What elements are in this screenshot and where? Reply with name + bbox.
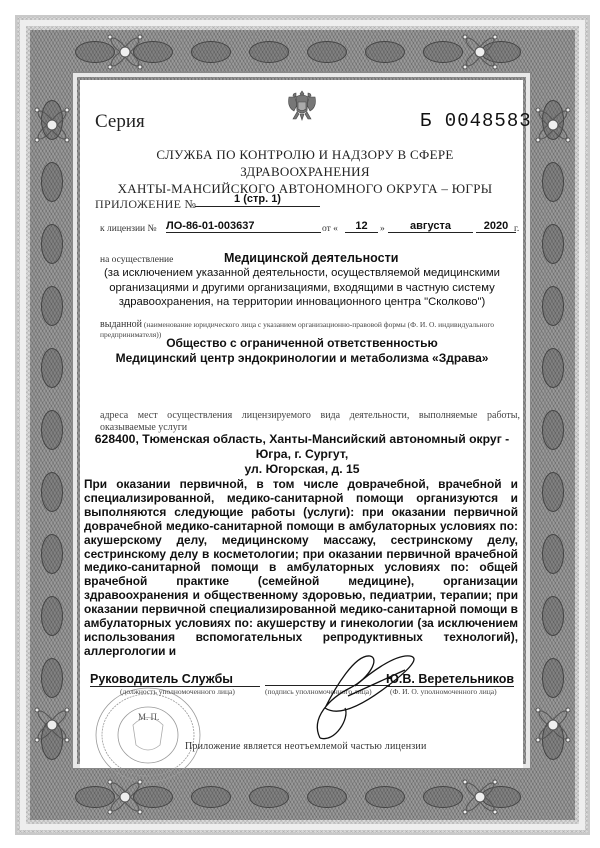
border-diamond-ornament bbox=[542, 596, 564, 636]
series-number: Б 0048583 bbox=[420, 110, 532, 132]
position-caption: (должность уполномоченного лица) bbox=[120, 687, 235, 696]
date-from-label: от « bbox=[322, 224, 338, 234]
border-diamond-ornament bbox=[542, 410, 564, 450]
border-rosette-ornament bbox=[29, 102, 75, 148]
border-diamond-ornament bbox=[542, 472, 564, 512]
stamp-label: М. П. bbox=[138, 712, 159, 722]
authority-line-1: СЛУЖБА ПО КОНТРОЛЮ И НАДЗОРУ В СФЕРЕ ЗДР… bbox=[90, 146, 520, 180]
services-text: При оказании первичной, в том числе довр… bbox=[84, 478, 518, 659]
border-diamond-ornament bbox=[542, 162, 564, 202]
address-line-1: 628400, Тюменская область, Ханты-Мансийс… bbox=[82, 432, 522, 462]
border-diamond-ornament bbox=[41, 534, 63, 574]
border-rosette-ornament bbox=[457, 774, 503, 820]
annex-number: 1 (стр. 1) bbox=[195, 193, 320, 207]
border-diamond-ornament bbox=[41, 348, 63, 388]
signatory-position: Руководитель Службы bbox=[90, 672, 260, 687]
border-diamond-ornament bbox=[41, 472, 63, 512]
year-suffix: г. bbox=[514, 224, 519, 234]
border-rosette-ornament bbox=[530, 702, 576, 748]
border-diamond-ornament bbox=[542, 348, 564, 388]
border-diamond-ornament bbox=[41, 410, 63, 450]
border-diamond-ornament bbox=[365, 41, 405, 63]
issued-label: выданной bbox=[100, 319, 142, 330]
border-rosette-ornament bbox=[29, 702, 75, 748]
border-diamond-ornament bbox=[249, 41, 289, 63]
license-number: ЛО-86-01-003637 bbox=[166, 220, 321, 233]
border-diamond-ornament bbox=[41, 286, 63, 326]
border-diamond-ornament bbox=[41, 596, 63, 636]
border-diamond-ornament bbox=[41, 162, 63, 202]
border-diamond-ornament bbox=[41, 658, 63, 698]
address: 628400, Тюменская область, Ханты-Мансийс… bbox=[82, 432, 522, 477]
double-headed-eagle-emblem-icon bbox=[285, 87, 319, 125]
border-diamond-ornament bbox=[249, 786, 289, 808]
border-diamond-ornament bbox=[41, 224, 63, 264]
footer-note: Приложение является неотъемлемой частью … bbox=[185, 741, 427, 752]
signatory-name: Ю.В. Веретельников bbox=[386, 672, 514, 687]
address-line-2: ул. Югорская, д. 15 bbox=[82, 462, 522, 477]
border-diamond-ornament bbox=[307, 786, 347, 808]
organization-line-1: Общество с ограниченной ответственностью bbox=[82, 336, 522, 351]
date-quote-close: » bbox=[380, 224, 385, 234]
border-diamond-ornament bbox=[542, 658, 564, 698]
border-rosette-ornament bbox=[102, 29, 148, 75]
license-label: к лицензии № bbox=[100, 224, 157, 234]
border-diamond-ornament bbox=[191, 41, 231, 63]
name-caption: (Ф. И. О. уполномоченного лица) bbox=[390, 687, 497, 696]
activity-type: Медицинской деятельности bbox=[224, 251, 398, 265]
border-rosette-ornament bbox=[457, 29, 503, 75]
official-seal-stamp bbox=[93, 685, 203, 785]
border-diamond-ornament bbox=[542, 224, 564, 264]
license-month: августа bbox=[388, 220, 473, 233]
address-label: адреса мест осуществления лицензируемого… bbox=[100, 410, 520, 434]
organization-name: Общество с ограниченной ответственностью… bbox=[82, 336, 522, 365]
organization-line-2: Медицинский центр эндокринологии и метаб… bbox=[82, 351, 522, 366]
annex-label: ПРИЛОЖЕНИЕ № bbox=[95, 197, 196, 212]
license-day: 12 bbox=[345, 220, 378, 233]
series-label: Серия bbox=[95, 111, 145, 133]
border-diamond-ornament bbox=[307, 41, 347, 63]
border-diamond-ornament bbox=[365, 786, 405, 808]
border-diamond-ornament bbox=[191, 786, 231, 808]
border-diamond-ornament bbox=[542, 534, 564, 574]
border-diamond-ornament bbox=[542, 286, 564, 326]
border-rosette-ornament bbox=[102, 774, 148, 820]
border-rosette-ornament bbox=[530, 102, 576, 148]
activity-note: (за исключением указанной деятельности, … bbox=[82, 266, 522, 310]
issuing-authority: СЛУЖБА ПО КОНТРОЛЮ И НАДЗОРУ В СФЕРЕ ЗДР… bbox=[90, 146, 520, 197]
license-year: 2020 bbox=[476, 220, 516, 233]
activity-label: на осуществление bbox=[100, 255, 173, 265]
